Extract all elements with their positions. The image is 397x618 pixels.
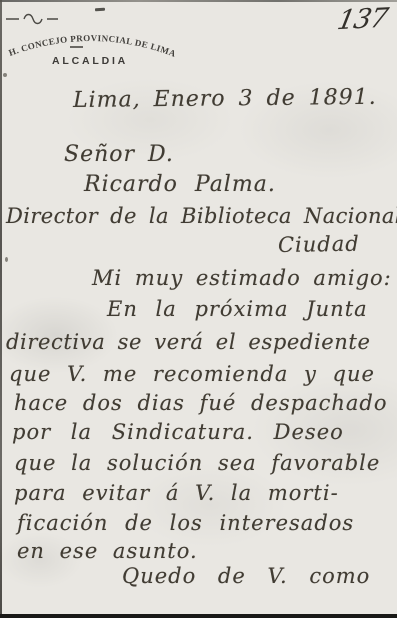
scanned-letter-page: H. CONCEJO PROVINCIAL DE LIMA ALCALDIA 1… [0,0,397,618]
body-line: ficación de los interesados [17,511,354,535]
ink-speck [5,257,8,262]
body-line: por la Sindicatura. Deseo [12,420,344,444]
body-line: para evitar á V. la morti- [14,481,339,505]
scan-edge-top [0,0,397,2]
body-line: directiva se verá el espediente [6,330,370,354]
recipient-city: Ciudad [278,232,360,257]
body-line: En la próxima Junta [107,297,368,321]
body-line: que la solución sea favorable [14,451,380,475]
body-line: en ese asunto. [17,539,198,563]
scan-edge-bottom [0,614,397,618]
body-line: hace dos dias fué despachado [14,391,387,415]
ink-dash-icon [95,8,105,12]
greeting-line: Mi muy estimado amigo: [92,266,392,290]
flourish-divider-icon [6,14,58,24]
body-line: que V. me recomienda y que [9,362,375,386]
letterhead-dash [70,46,83,48]
recipient-salutation: Señor D. [64,142,174,167]
letterhead-office-text: ALCALDIA [52,55,128,67]
scan-edge-left [0,0,2,618]
dateline: Lima, Enero 3 de 1891. [73,85,377,113]
closing-line: Quedo de V. como [122,564,370,588]
recipient-name: Ricardo Palma. [84,172,276,197]
recipient-title: Director de la Biblioteca Nacional. [6,204,397,228]
folio-number: 137 [335,3,390,36]
